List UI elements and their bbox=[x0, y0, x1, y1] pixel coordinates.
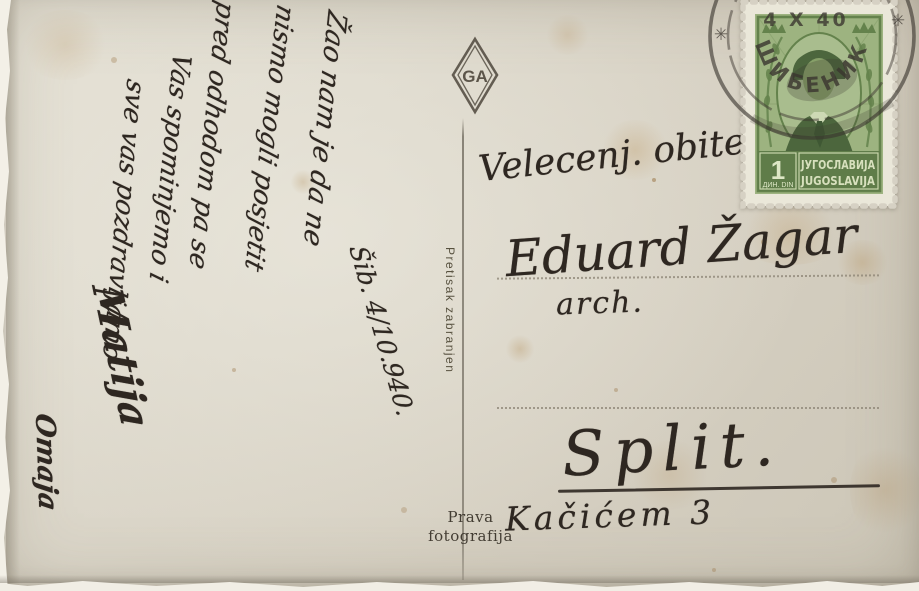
postmark-rosette-left-icon: ✳ bbox=[714, 25, 728, 45]
address-recipient-title: arch. bbox=[555, 284, 644, 322]
foxing-stain bbox=[20, 10, 110, 80]
stamp-currency: ДИН. DIN bbox=[763, 182, 794, 189]
reprint-forbidden-notice: Pretisak zabranjen bbox=[443, 247, 457, 373]
message-line: pred odhodom pa se bbox=[183, 0, 240, 273]
postmark-rosette-right-icon: ✳ bbox=[891, 11, 905, 31]
publisher-monogram: GA bbox=[462, 67, 488, 86]
postcard-photo: GA Pretisak zabranjen Prava fotografija … bbox=[0, 0, 919, 591]
bottom-edge-shadow bbox=[0, 575, 919, 583]
address-dotted-line bbox=[497, 407, 879, 409]
postmark-date: 4 X 40 bbox=[763, 9, 849, 31]
foxing-stain bbox=[850, 440, 919, 540]
address-street: Kačićem 3 bbox=[504, 492, 715, 538]
stamp-country-latin: JUGOSLAVIJA bbox=[800, 173, 875, 188]
foxing-stain bbox=[505, 335, 535, 363]
publisher-diamond-logo: GA bbox=[450, 36, 500, 116]
signature-second: Omaja bbox=[29, 412, 64, 513]
message-line: Žao nam je da ne bbox=[297, 7, 352, 250]
ink-streak bbox=[752, 102, 892, 132]
message-line: nismo mogli posjetit bbox=[238, 1, 300, 275]
message-dateline: Šib. 4/10.940. bbox=[343, 244, 421, 418]
address-city: Split. bbox=[560, 406, 784, 490]
signature: Matija bbox=[82, 286, 160, 427]
foxing-stain bbox=[545, 15, 590, 55]
postmark: ШИБЕНИК 4 X 40 ✳ ✳ bbox=[682, 0, 919, 160]
paper-specks bbox=[652, 178, 656, 182]
